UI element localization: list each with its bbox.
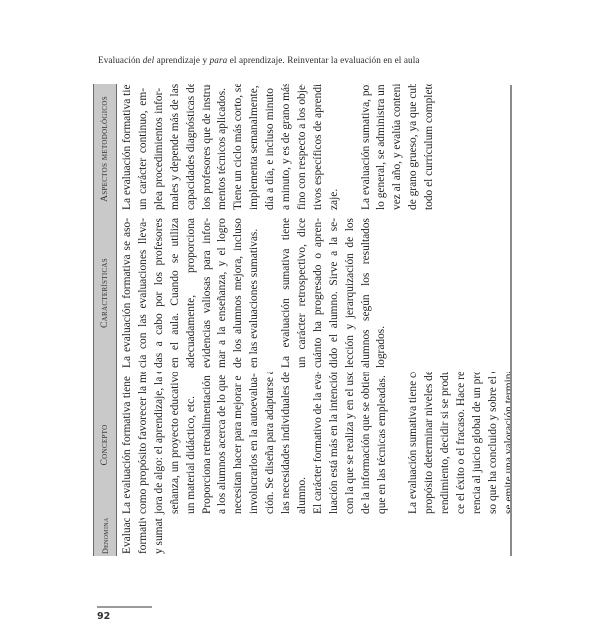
text-line: luación está más en la intención — [327, 376, 343, 514]
text-line: día a día, e incluso minuto — [263, 88, 279, 210]
text-line: El carácter formativo de la eva- — [311, 376, 327, 514]
caracteristicas-paragraph-1: La evaluación formativa se aso- cia con … — [120, 218, 263, 368]
aspectos-paragraph-1: La evaluación formativa tiene un carácte… — [120, 88, 343, 210]
text-line: mentos técnicos aplicados. — [215, 88, 231, 210]
aspectos-paragraph-2: La evaluación sumativa, por lo general, … — [359, 88, 439, 210]
running-head-italic-para: para — [210, 55, 228, 65]
text-line: alumno. — [295, 376, 311, 514]
text-line: Tiene un ciclo más corto, se — [231, 88, 247, 210]
text-line: La evaluación sumativa, por — [359, 88, 375, 210]
cell-aspectos-metodologicos: La evaluación formativa tiene un carácte… — [117, 84, 511, 214]
header-aspectos-metodologicos: Aspectos metodológicos — [93, 84, 117, 214]
text-line: so que ha concluido y sobre el que — [486, 376, 502, 514]
running-head: Evaluación del aprendizaje y para el apr… — [98, 55, 420, 65]
text-line: lección y jerarquización de los — [343, 218, 359, 368]
running-head-text: el aprendizaje. Reinventar la evaluación… — [227, 55, 419, 65]
text-line: rendimiento, decidir si se produ- — [438, 376, 454, 514]
text-line: que en las técnicas empleadas. — [375, 376, 391, 514]
text-line: señanza, un proyecto educativo, — [168, 376, 184, 514]
running-head-text: aprendizaje y — [154, 55, 209, 65]
text-line: a minuto, y es de grano más — [279, 88, 295, 210]
text-line: lo general, se administra una — [374, 88, 390, 210]
text-line: evidencias valiosas para infor- — [200, 218, 216, 368]
text-line: Proporciona retroalimentación — [200, 376, 216, 514]
text-line: dido el alumno. Sirve a la se- — [327, 218, 343, 368]
rotated-table: Denominación Concepto Características As… — [93, 84, 511, 556]
cell-caracteristicas: La evaluación formativa se aso- cia con … — [117, 214, 511, 372]
text-line: ce el éxito o el fracaso. Hace refe- — [454, 376, 470, 514]
text-line: cia con las evaluaciones lleva- — [136, 218, 152, 368]
page-number: 92 — [97, 611, 110, 622]
cell-concepto: La evaluación formativa tiene como propó… — [117, 372, 511, 518]
text-line: tivos específicos de aprendi- — [311, 88, 327, 210]
text-line: La evaluación formativa tiene — [120, 88, 136, 210]
text-line: adecuadamente, proporciona — [184, 218, 200, 368]
text-line: de grano grueso, ya que cubre — [406, 88, 422, 210]
text-line: todo el currículum completo. — [422, 88, 438, 210]
denominacion-line: Evaluación — [120, 522, 136, 554]
header-caracteristicas: Características — [93, 214, 117, 372]
text-line: los profesores que de instru- — [200, 88, 216, 210]
caracteristicas-paragraph-2: La evaluación sumativa tiene un carácter… — [279, 218, 390, 368]
text-line: un material didáctico, etc. — [184, 376, 200, 514]
header-concepto: Concepto — [93, 372, 117, 518]
header-denominacion: Denominación — [93, 518, 117, 556]
text-line: rencia al juicio global de un proce- — [470, 376, 486, 514]
text-line: jora de algo: el aprendizaje, la en- — [152, 376, 168, 514]
running-head-italic-del: del — [143, 55, 155, 65]
text-line: necesitan hacer para mejorar e — [231, 376, 247, 514]
text-line: un carácter continuo, em- — [136, 88, 152, 210]
text-line: fino con respecto a los obje- — [295, 88, 311, 210]
text-line: de la información que se obtiene — [359, 376, 375, 514]
evaluation-table: Denominación Concepto Características As… — [93, 84, 511, 556]
text-line: propósito determinar niveles de — [422, 376, 438, 514]
text-line: de los alumnos mejora, incluso — [231, 218, 247, 368]
text-line: cuánto ha progresado o apren- — [311, 218, 327, 368]
text-line: zaje. — [327, 88, 343, 210]
running-head-text: Evaluación — [98, 55, 143, 65]
text-line: las necesidades individuales del — [279, 376, 295, 514]
text-line: La evaluación sumativa tiene — [279, 218, 295, 368]
text-line: capacidades diagnósticas de — [184, 88, 200, 210]
text-line: males y depende más de las — [168, 88, 184, 210]
concepto-paragraph-3: El carácter formativo de la eva- luación… — [311, 376, 391, 514]
text-line: ción. Se diseña para adaptarse a — [263, 376, 279, 514]
text-line: das a cabo por los profesores — [152, 218, 168, 368]
text-line: La evaluación sumativa tiene como — [406, 376, 422, 514]
text-line: mar a la enseñanza, y el logro — [215, 218, 231, 368]
denominacion-line: y sumativa — [152, 522, 168, 554]
concepto-paragraph-2: Proporciona retroalimentación a los alum… — [200, 376, 311, 514]
text-line: alumnos según los resultados — [359, 218, 375, 368]
table-right-border — [510, 85, 512, 556]
text-line: como propósito favorecer la me- — [136, 376, 152, 514]
text-line: involucrarlos en la autoevalua- — [247, 376, 263, 514]
text-line: logrados. — [374, 218, 390, 368]
text-line: con la que se realiza y en el uso — [343, 376, 359, 514]
text-line: a los alumnos acerca de lo que — [215, 376, 231, 514]
text-line: en las evaluaciones sumativas. — [247, 218, 263, 368]
denominacion-line: formativa — [136, 522, 152, 554]
concepto-paragraph-4: La evaluación sumativa tiene como propós… — [406, 376, 511, 514]
text-line: implementa semanalmente, — [247, 88, 263, 210]
footer-rule — [97, 606, 152, 608]
text-line: plea procedimientos infor- — [152, 88, 168, 210]
text-line: La evaluación formativa tiene — [120, 376, 136, 514]
concepto-paragraph-1: La evaluación formativa tiene como propó… — [120, 376, 200, 514]
cell-denominacion: Evaluación formativa y sumativa — [117, 518, 511, 556]
text-line: La evaluación formativa se aso- — [120, 218, 136, 368]
text-line: un carácter retrospectivo, dice — [295, 218, 311, 368]
text-line: vez al año, y evalúa contenido — [390, 88, 406, 210]
text-line: en el aula. Cuando se utiliza — [168, 218, 184, 368]
